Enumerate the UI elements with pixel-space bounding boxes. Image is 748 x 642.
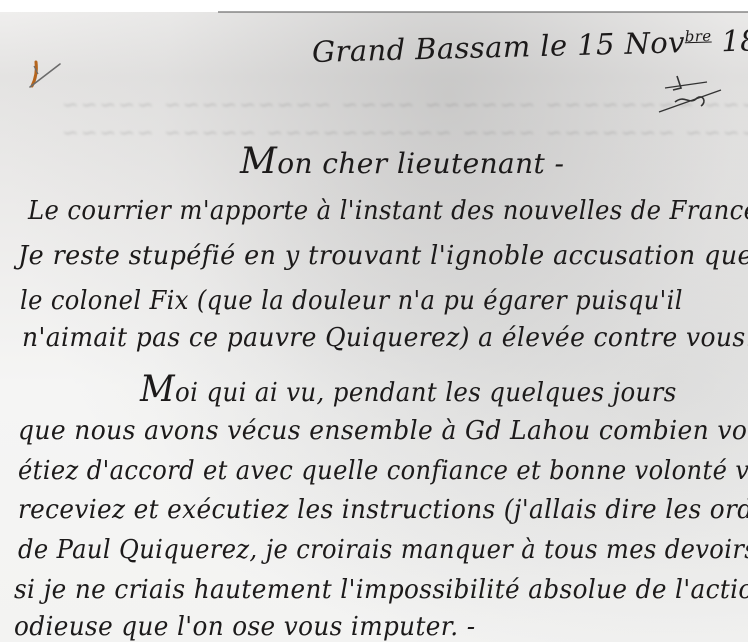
letter-body-line: étiez d'accord et avec quelle confiance … [18, 458, 748, 484]
paragraph-2-opening-line: Moi qui ai vu, pendant les quelques jour… [140, 372, 677, 408]
letter-body-line: de Paul Quiquerez, je croirais manquer à… [18, 537, 748, 563]
letter-dateline: Grand Bassam le 15 Novbre 1892 [312, 25, 748, 67]
paragraph-2-initial: M [140, 369, 175, 410]
letter-body-line: odieuse que l'on ose vous imputer. - [14, 614, 475, 640]
salutation-text: on cher lieutenant - [277, 147, 564, 180]
letter-body-line: que nous avons vécus ensemble à Gd Lahou… [18, 418, 748, 444]
reverse-side-bleed-through: ~~~~ ~~~~~ ~~~~~~~ ~~~~ ~~~~~~~~~~ ~~~~~… [60, 120, 748, 144]
letter-body-line: le colonel Fix (que la douleur n'a pu ég… [20, 288, 683, 314]
letter-body-line: Je reste stupéfié en y trouvant l'ignobl… [18, 243, 748, 269]
dateline-year: 1892 [721, 22, 748, 58]
letter-body-line: receviez et exécutiez les instructions (… [18, 497, 748, 523]
letter-body-line: Le courrier m'apporte à l'instant des no… [28, 198, 748, 224]
letter-body-line: n'aimait pas ce pauvre Quiquerez) a élev… [22, 325, 748, 351]
reverse-side-bleed-through: ~~~ ~~~~~~ ~~~~~~~~ ~~~~~~ ~~~~ ~~~~~~~~… [60, 92, 748, 116]
dateline-connector: le [540, 28, 568, 63]
paragraph-2-text: oi qui ai vu, pendant les quelques jours [175, 378, 677, 408]
salutation-initial: M [240, 141, 277, 182]
dateline-month-superscript: bre [684, 27, 711, 46]
letter-page: ~~~ ~~~~~~ ~~~~~~~~ ~~~~~~ ~~~~ ~~~~~~~~… [0, 0, 748, 642]
letter-salutation: Mon cher lieutenant - [240, 144, 564, 180]
letter-body-line: si je ne criais hautement l'impossibilit… [14, 577, 748, 603]
dateline-place: Grand Bassam [312, 29, 532, 69]
page-top-edge-line [218, 11, 748, 13]
dateline-month: Nov [624, 25, 685, 61]
folio-number-scribble-icon [655, 68, 725, 118]
checkmark-annotation-icon [24, 56, 64, 96]
dateline-day: 15 [577, 27, 616, 62]
